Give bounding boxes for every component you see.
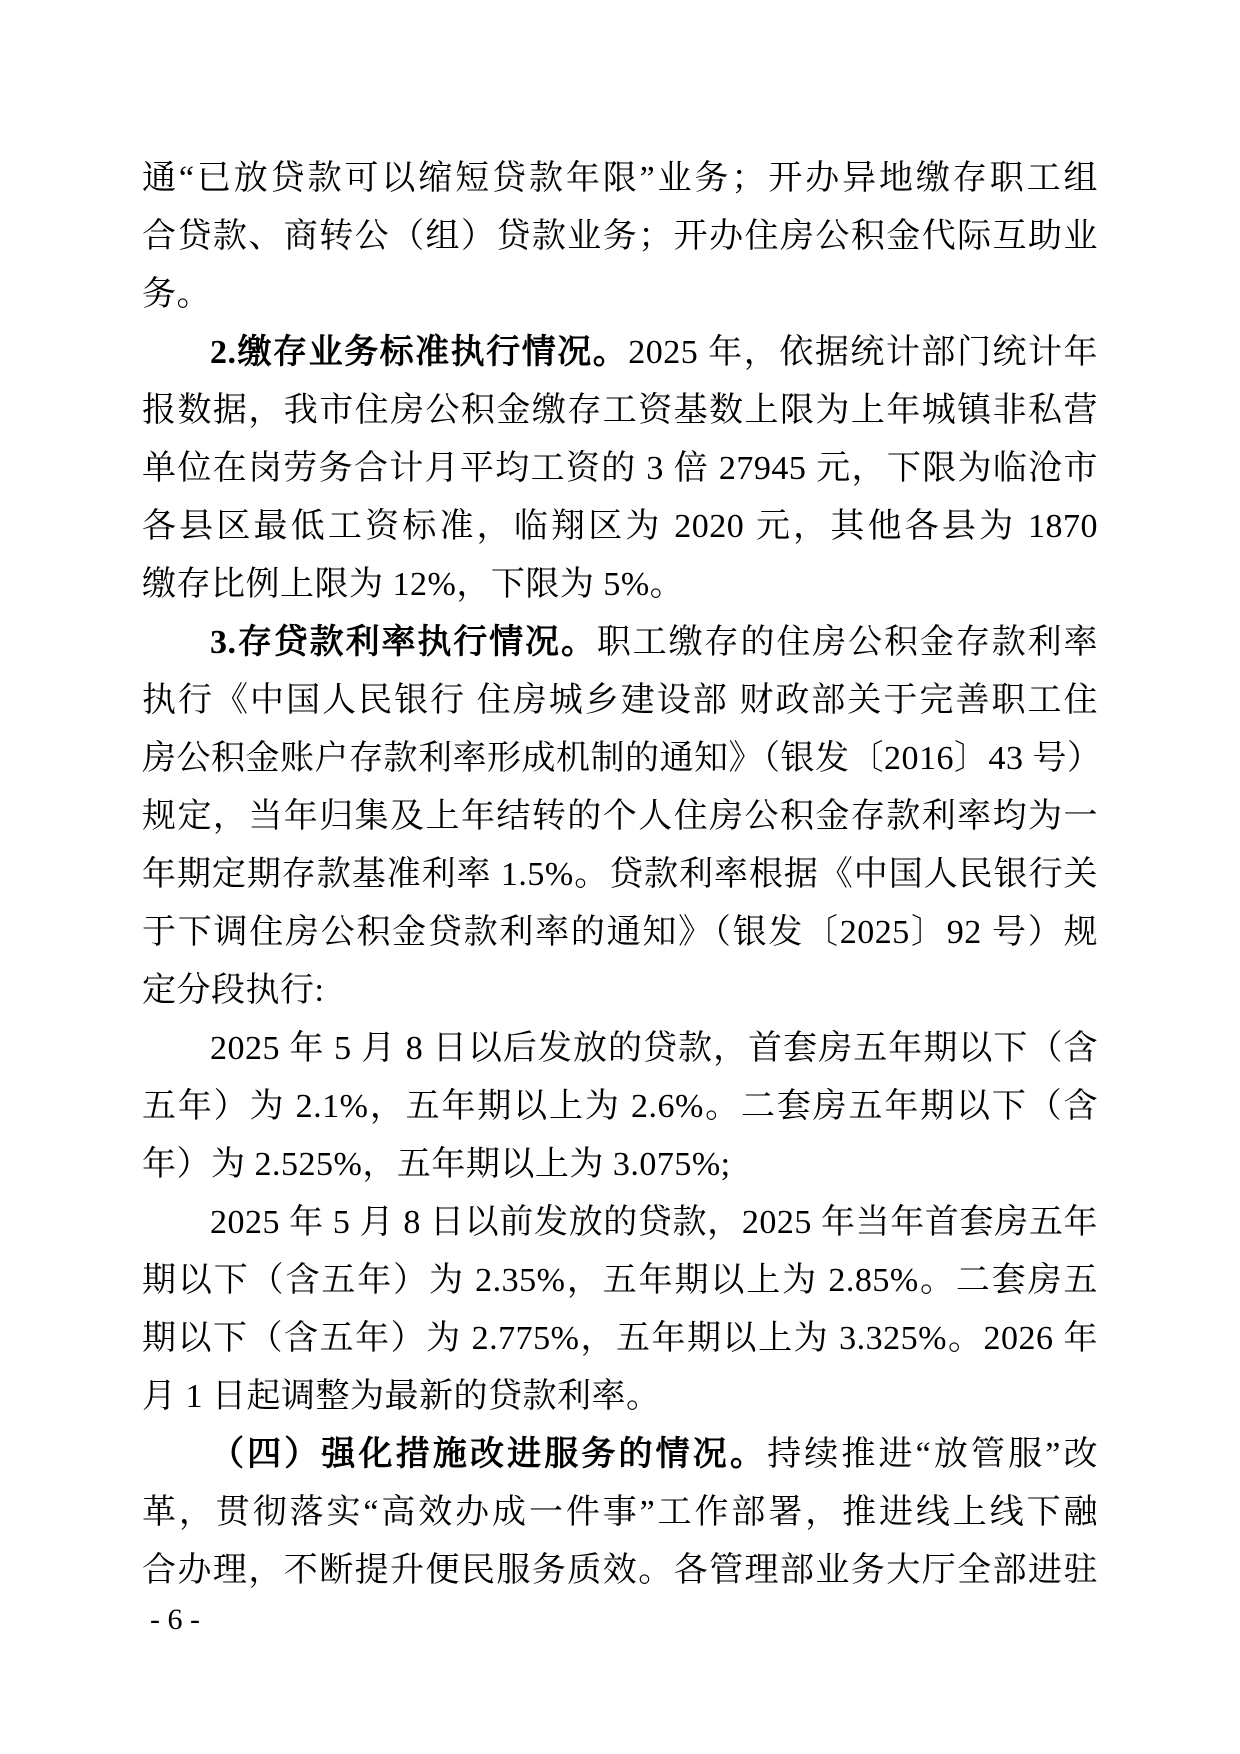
body-text: 持续推进“放管服”改 <box>767 1436 1098 1473</box>
section-heading-text: 3.存贷款利率执行情况。 <box>210 624 597 661</box>
body-text: 规定，当年归集及上年结转的个人住房公积金存款利率均为一 <box>142 798 1098 835</box>
section-heading-text: （四）强化措施改进服务的情况。 <box>210 1436 767 1473</box>
paragraph: 2025 年 5 月 8 日以后发放的贷款，首套房五年期以下（含五年）为 2.1… <box>142 1020 1098 1194</box>
section-heading-text: 2.缴存业务标准执行情况。 <box>210 334 628 371</box>
text-line: 五年）为 2.1%，五年期以上为 2.6%。二套房五年期以下（含五 <box>142 1078 1098 1136</box>
body-text: 报数据，我市住房公积金缴存工资基数上限为上年城镇非私营 <box>142 392 1098 429</box>
text-line: 务。 <box>142 266 1098 324</box>
text-line: 期以下（含五年）为 2.775%，五年期以上为 3.325%。2026 年 1 <box>142 1310 1098 1368</box>
text-line: 2025 年 5 月 8 日以前发放的贷款，2025 年当年首套房五年 <box>142 1194 1098 1252</box>
text-line: 合贷款、商转公（组）贷款业务；开办住房公积金代际互助业 <box>142 208 1098 266</box>
paragraph: 通“已放贷款可以缩短贷款年限”业务；开办异地缴存职工组合贷款、商转公（组）贷款业… <box>142 150 1098 324</box>
text-line: （四）强化措施改进服务的情况。持续推进“放管服”改 <box>142 1426 1098 1484</box>
text-line: 规定，当年归集及上年结转的个人住房公积金存款利率均为一 <box>142 788 1098 846</box>
paragraph: 2.缴存业务标准执行情况。2025 年，依据统计部门统计年报数据，我市住房公积金… <box>142 324 1098 614</box>
body-text: 2025 年，依据统计部门统计年 <box>628 334 1098 371</box>
paragraph: 3.存贷款利率执行情况。职工缴存的住房公积金存款利率执行《中国人民银行 住房城乡… <box>142 614 1098 1020</box>
paragraph: 2025 年 5 月 8 日以前发放的贷款，2025 年当年首套房五年期以下（含… <box>142 1194 1098 1426</box>
text-line: 3.存贷款利率执行情况。职工缴存的住房公积金存款利率 <box>142 614 1098 672</box>
body-text: 合贷款、商转公（组）贷款业务；开办住房公积金代际互助业 <box>142 218 1098 255</box>
body-text: 期以下（含五年）为 2.35%，五年期以上为 2.85%。二套房五年 <box>142 1262 1098 1310</box>
text-line: 年）为 2.525%，五年期以上为 3.075%; <box>142 1136 1098 1194</box>
body-text: 年期定期存款基准利率 1.5%。贷款利率根据《中国人民银行关 <box>142 856 1098 893</box>
body-text: 于下调住房公积金贷款利率的通知》（银发〔2025〕92 号）规 <box>142 914 1098 951</box>
text-line: 通“已放贷款可以缩短贷款年限”业务；开办异地缴存职工组 <box>142 150 1098 208</box>
body-text: 合办理，不断提升便民服务质效。各管理部业务大厅全部进驻 <box>142 1552 1098 1589</box>
body-text: 2025 年 5 月 8 日以前发放的贷款，2025 年当年首套房五年 <box>210 1204 1098 1241</box>
body-text: 年）为 2.525%，五年期以上为 3.075%; <box>142 1146 731 1183</box>
text-line: 执行《中国人民银行 住房城乡建设部 财政部关于完善职工住 <box>142 672 1098 730</box>
document-body: 通“已放贷款可以缩短贷款年限”业务；开办异地缴存职工组合贷款、商转公（组）贷款业… <box>142 150 1098 1600</box>
text-line: 革，贯彻落实“高效办成一件事”工作部署，推进线上线下融 <box>142 1484 1098 1542</box>
text-line: 房公积金账户存款利率形成机制的通知》（银发〔2016〕43 号） <box>142 730 1098 788</box>
body-text: 务。 <box>142 276 211 313</box>
text-line: 年期定期存款基准利率 1.5%。贷款利率根据《中国人民银行关 <box>142 846 1098 904</box>
body-text: 单位在岗劳务合计月平均工资的 3 倍 27945 元，下限为临沧市 <box>142 450 1098 487</box>
text-line: 各县区最低工资标准，临翔区为 2020 元，其他各县为 1870 元； <box>142 498 1098 556</box>
paragraph: （四）强化措施改进服务的情况。持续推进“放管服”改革，贯彻落实“高效办成一件事”… <box>142 1426 1098 1600</box>
text-line: 月 1 日起调整为最新的贷款利率。 <box>142 1368 1098 1426</box>
body-text: 革，贯彻落实“高效办成一件事”工作部署，推进线上线下融 <box>142 1494 1098 1531</box>
text-line: 期以下（含五年）为 2.35%，五年期以上为 2.85%。二套房五年 <box>142 1252 1098 1310</box>
body-text: 房公积金账户存款利率形成机制的通知》（银发〔2016〕43 号） <box>142 740 1098 777</box>
body-text: 缴存比例上限为 12%，下限为 5%。 <box>142 566 684 603</box>
page-number: - 6 - <box>150 1598 200 1642</box>
body-text: 月 1 日起调整为最新的贷款利率。 <box>142 1378 661 1415</box>
body-text: 各县区最低工资标准，临翔区为 2020 元，其他各县为 1870 元； <box>142 508 1098 556</box>
document-page: 通“已放贷款可以缩短贷款年限”业务；开办异地缴存职工组合贷款、商转公（组）贷款业… <box>0 0 1240 1754</box>
text-line: 报数据，我市住房公积金缴存工资基数上限为上年城镇非私营 <box>142 382 1098 440</box>
text-line: 缴存比例上限为 12%，下限为 5%。 <box>142 556 1098 614</box>
body-text: 期以下（含五年）为 2.775%，五年期以上为 3.325%。2026 年 1 <box>142 1320 1098 1368</box>
body-text: 职工缴存的住房公积金存款利率 <box>597 624 1098 661</box>
text-line: 定分段执行: <box>142 962 1098 1020</box>
text-line: 2.缴存业务标准执行情况。2025 年，依据统计部门统计年 <box>142 324 1098 382</box>
body-text: 执行《中国人民银行 住房城乡建设部 财政部关于完善职工住 <box>142 682 1098 719</box>
body-text: 通“已放贷款可以缩短贷款年限”业务；开办异地缴存职工组 <box>142 160 1098 197</box>
text-line: 合办理，不断提升便民服务质效。各管理部业务大厅全部进驻 <box>142 1542 1098 1600</box>
body-text: 定分段执行: <box>142 972 324 1009</box>
text-line: 单位在岗劳务合计月平均工资的 3 倍 27945 元，下限为临沧市 <box>142 440 1098 498</box>
text-line: 于下调住房公积金贷款利率的通知》（银发〔2025〕92 号）规 <box>142 904 1098 962</box>
body-text: 五年）为 2.1%，五年期以上为 2.6%。二套房五年期以下（含五 <box>142 1088 1098 1136</box>
text-line: 2025 年 5 月 8 日以后发放的贷款，首套房五年期以下（含 <box>142 1020 1098 1078</box>
body-text: 2025 年 5 月 8 日以后发放的贷款，首套房五年期以下（含 <box>210 1030 1098 1067</box>
